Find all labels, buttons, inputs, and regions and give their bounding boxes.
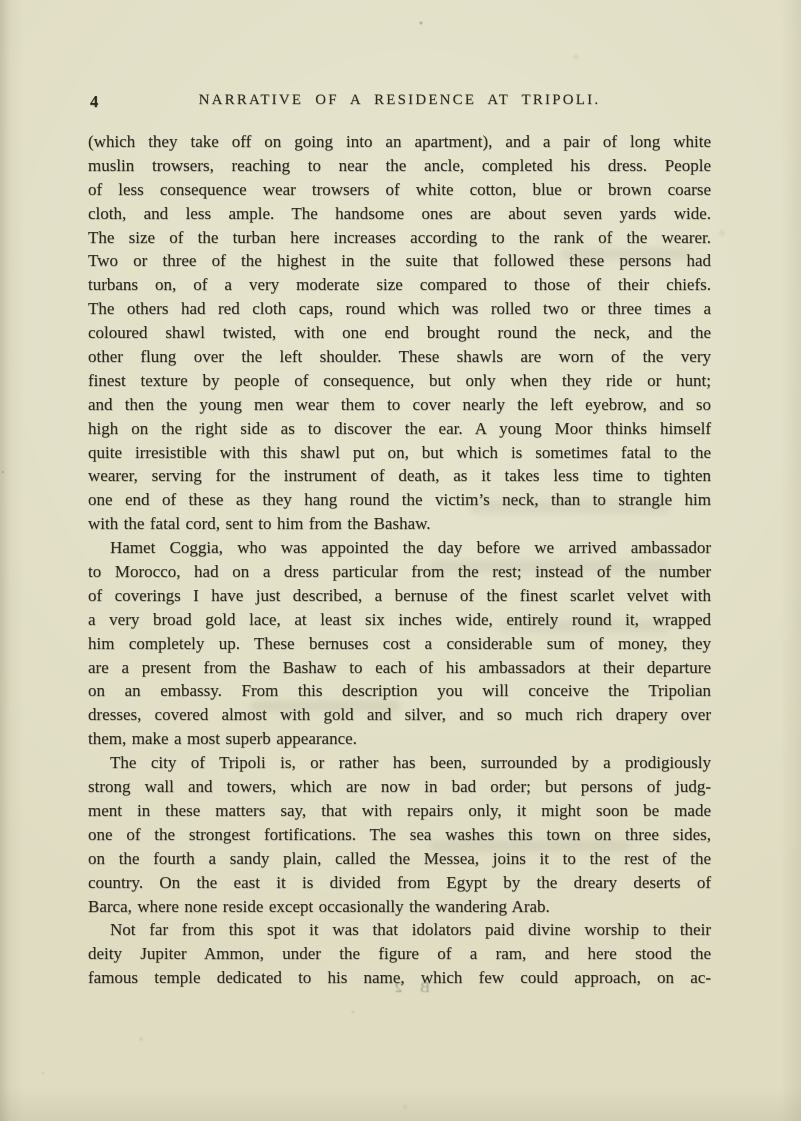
text-line: are a present from the Bashaw to each of… xyxy=(88,656,711,680)
book-page-scan: 4 NARRATIVE OF A RESIDENCE AT TRIPOLI. (… xyxy=(0,0,801,1121)
text-line: Not far from this spot it was that idola… xyxy=(88,918,711,942)
text-line: strong wall and towers, which are now in… xyxy=(88,775,711,799)
text-line: him completely up. These bernuses cost a… xyxy=(88,632,711,656)
text-line: on an embassy. From this description you… xyxy=(88,679,711,703)
text-line: on the fourth a sandy plain, called the … xyxy=(88,847,711,871)
page-number: 4 xyxy=(90,92,99,112)
text-line: wearer, serving for the instrument of de… xyxy=(88,464,711,488)
text-line: Barca, where none reside except occasion… xyxy=(88,895,711,919)
text-line: high on the right side as to discover th… xyxy=(88,417,711,441)
text-line: one end of these as they hang round the … xyxy=(88,488,711,512)
paragraph: Hamet Coggia, who was appointed the day … xyxy=(88,536,711,751)
text-line: The size of the turban here increases ac… xyxy=(88,226,711,250)
text-line: one of the strongest fortifications. The… xyxy=(88,823,711,847)
text-line: country. On the east it is divided from … xyxy=(88,871,711,895)
text-line: to Morocco, had on a dress particular fr… xyxy=(88,560,711,584)
text-line: other flung over the left shoulder. Thes… xyxy=(88,345,711,369)
text-line: Hamet Coggia, who was appointed the day … xyxy=(88,536,711,560)
text-line: muslin trowsers, reaching to near the an… xyxy=(88,154,711,178)
text-line: dresses, covered almost with gold and si… xyxy=(88,703,711,727)
text-line: of coverings I have just described, a be… xyxy=(88,584,711,608)
text-line: ment in these matters say, that with rep… xyxy=(88,799,711,823)
page-header: 4 NARRATIVE OF A RESIDENCE AT TRIPOLI. xyxy=(88,92,711,114)
text-line: Two or three of the highest in the suite… xyxy=(88,249,711,273)
text-line: with the fatal cord, sent to him from th… xyxy=(88,512,711,536)
text-line: a very broad gold lace, at least six inc… xyxy=(88,608,711,632)
signature-mark-ghost: B 2 xyxy=(370,980,430,997)
text-line: turbans on, of a very moderate size comp… xyxy=(88,273,711,297)
paragraph: The city of Tripoli is, or rather has be… xyxy=(88,751,711,918)
text-line: (which they take off on going into an ap… xyxy=(88,130,711,154)
text-line: quite irresistible with this shawl put o… xyxy=(88,441,711,465)
text-line: and then the young men wear them to cove… xyxy=(88,393,711,417)
text-column: (which they take off on going into an ap… xyxy=(88,130,711,990)
text-line: The others had red cloth caps, round whi… xyxy=(88,297,711,321)
text-line: coloured shawl twisted, with one end bro… xyxy=(88,321,711,345)
text-line: The city of Tripoli is, or rather has be… xyxy=(88,751,711,775)
text-line: finest texture by people of consequence,… xyxy=(88,369,711,393)
running-header: NARRATIVE OF A RESIDENCE AT TRIPOLI. xyxy=(88,92,711,109)
text-line: cloth, and less ample. The handsome ones… xyxy=(88,202,711,226)
paragraph: (which they take off on going into an ap… xyxy=(88,130,711,536)
text-line: of less consequence wear trowsers of whi… xyxy=(88,178,711,202)
text-line: them, make a most superb appearance. xyxy=(88,727,711,751)
text-line: deity Jupiter Ammon, under the figure of… xyxy=(88,942,711,966)
